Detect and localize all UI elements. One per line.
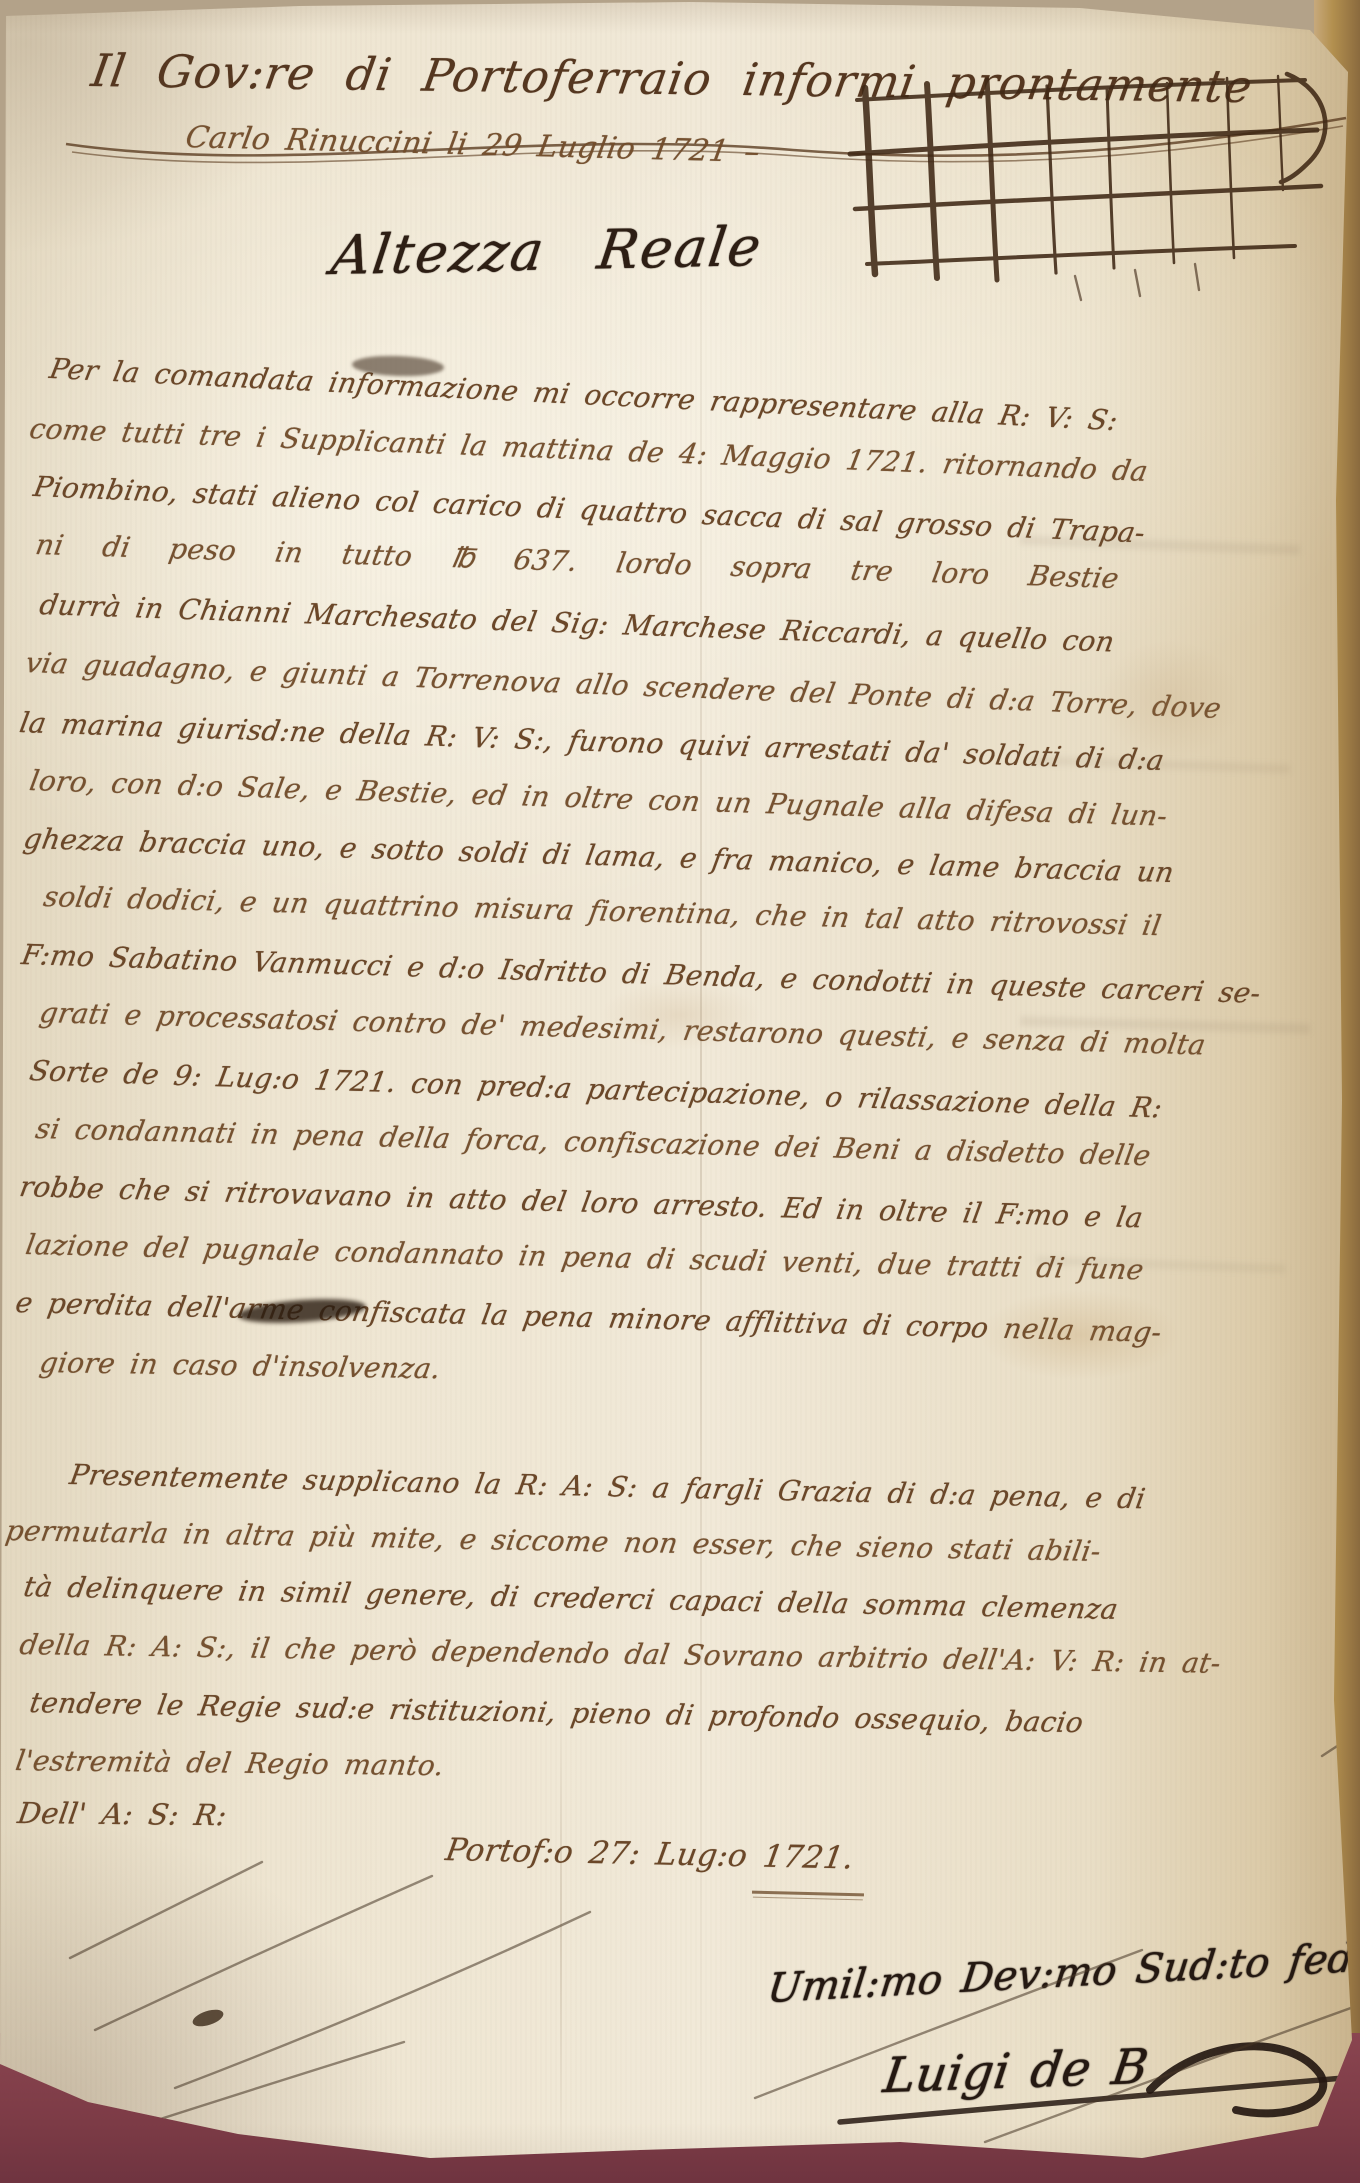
body-line: ghezza braccia uno, e sotto soldi di lam… (21, 822, 1176, 889)
body-line: tà delinquere in simil genere, di creder… (21, 1570, 1120, 1626)
grid-sketch-drawing (835, 68, 1340, 308)
body-line: lazione del pugnale condannato in pena d… (23, 1228, 1146, 1286)
body-line: giore in caso d'insolvenza. (37, 1346, 443, 1385)
body-line: durrà in Chianni Marchesato del Sig: Mar… (37, 588, 1117, 658)
body-line: soldi dodici, e un quattrino misura fior… (41, 880, 1164, 942)
body-line: robbe che si ritrovavano in atto del lor… (17, 1170, 1145, 1234)
body-line: F:mo Sabatino Vanmucci e d:o Isdritto di… (19, 938, 1263, 1010)
paper-sheet: Il Gov:re di Portoferraio informi pronta… (0, 0, 1360, 2183)
crease-line (560, 1700, 562, 2160)
body-line: la marina giurisd:ne della R: V: S:, fur… (17, 706, 1167, 777)
body-line: loro, con d:o Sale, e Bestie, ed in oltr… (27, 764, 1170, 833)
body-line: permutarla in altra più mite, e siccome … (3, 1514, 1103, 1568)
body-line: si condannati in pena della forca, confi… (33, 1112, 1153, 1172)
body-line: grati e processatosi contro de' medesimi… (37, 996, 1208, 1061)
body-line: e perdita dell'arme confiscata la pena m… (13, 1286, 1164, 1349)
body-line: della R: A: S:, il che però dependendo d… (17, 1628, 1223, 1680)
pen-flourish-strokes-drawing (0, 1690, 1360, 2180)
body-line: Presentemente supplicano la R: A: S: a f… (67, 1458, 1148, 1515)
crease-line (700, 0, 702, 2183)
body-line: Sorte de 9: Lug:o 1721. con pred:a parte… (27, 1054, 1165, 1124)
